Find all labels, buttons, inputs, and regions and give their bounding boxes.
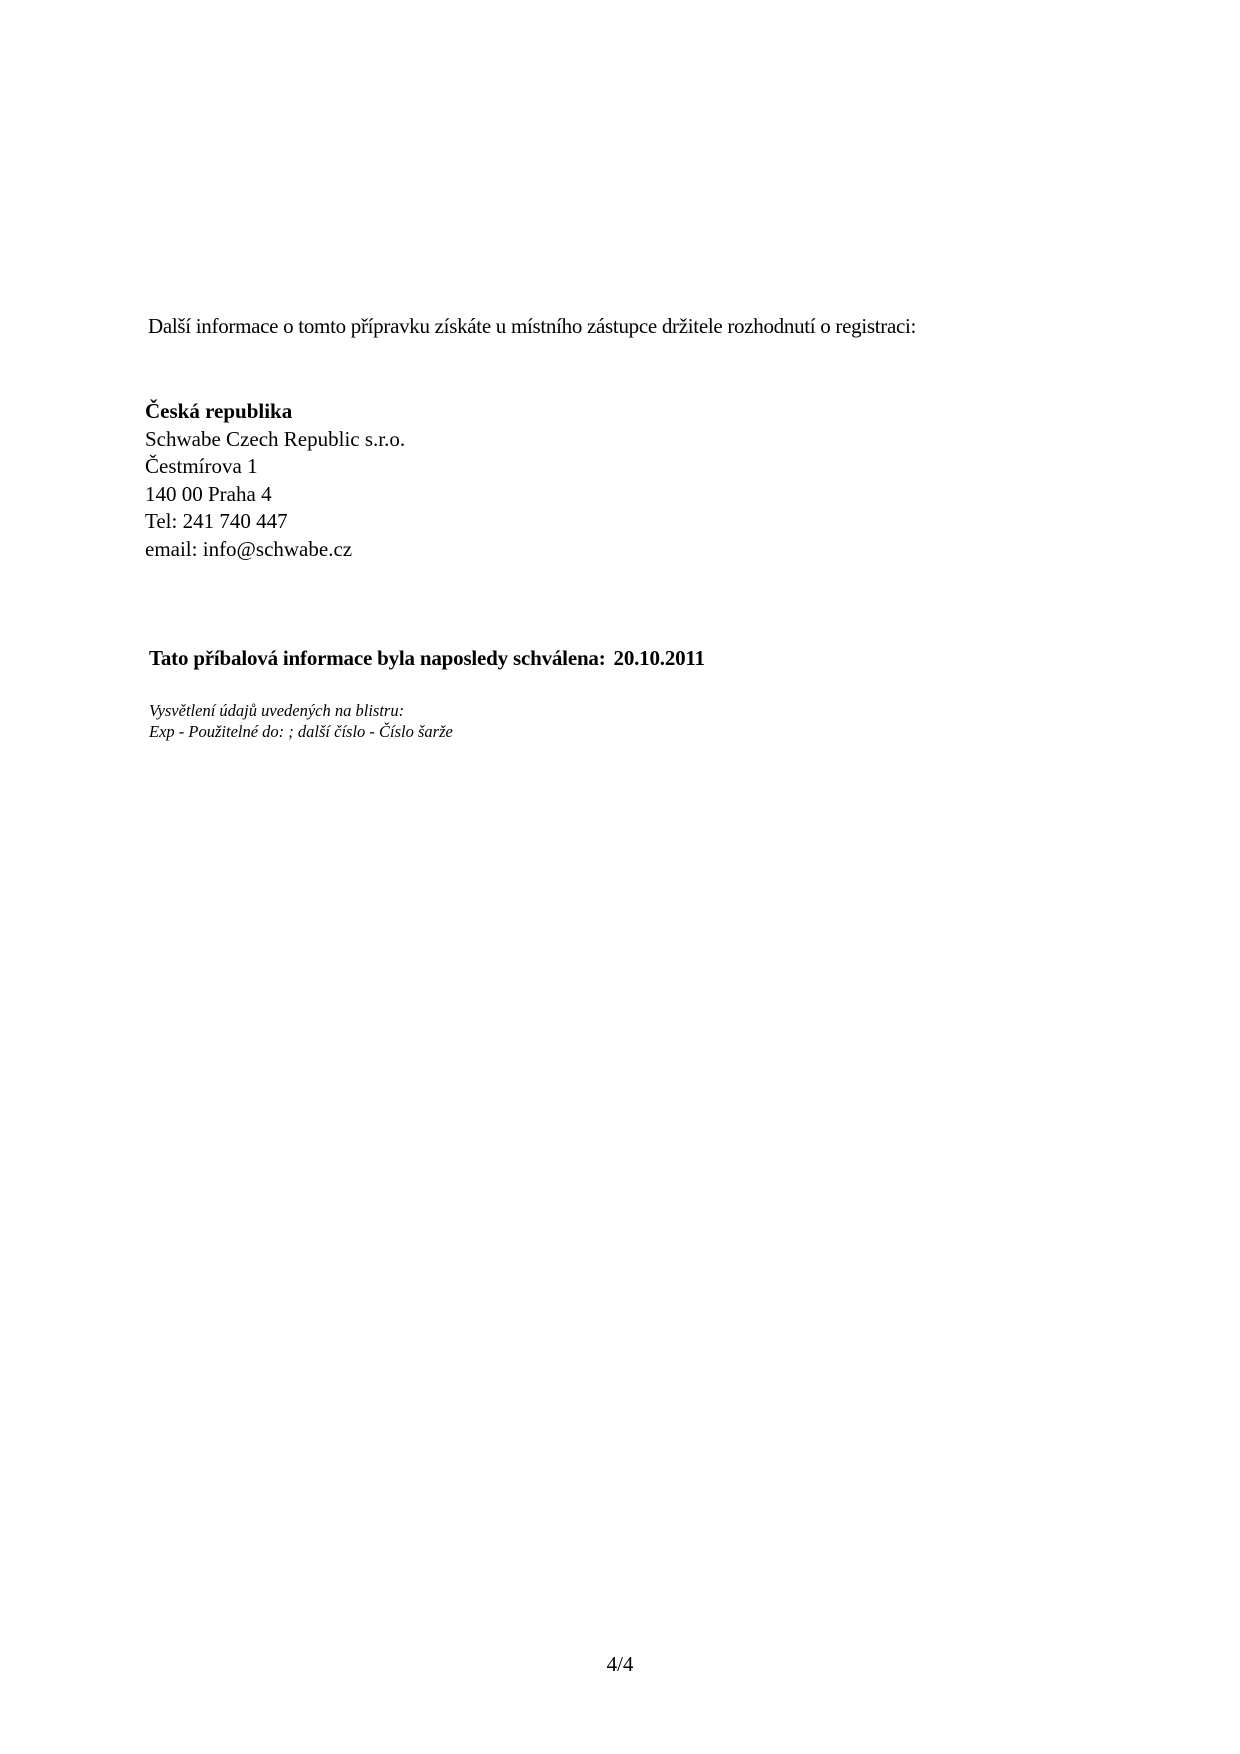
approval-statement: Tato příbalová informace byla naposledy …: [149, 646, 705, 671]
explanation-line-1: Vysvětlení údajů uvedených na blistru:: [149, 700, 453, 721]
explanation-line-2: Exp - Použitelné do: ; další číslo - Čís…: [149, 721, 453, 742]
intro-text: Další informace o tomto přípravku získát…: [148, 314, 916, 339]
contact-city: 140 00 Praha 4: [145, 481, 405, 509]
blister-explanation: Vysvětlení údajů uvedených na blistru: E…: [149, 700, 453, 742]
contact-street: Čestmírova 1: [145, 453, 405, 481]
contact-phone: Tel: 241 740 447: [145, 508, 405, 536]
contact-email: email: info@schwabe.cz: [145, 536, 405, 564]
approval-label: Tato příbalová informace byla naposledy …: [149, 646, 606, 670]
contact-block: Česká republika Schwabe Czech Republic s…: [145, 398, 405, 563]
contact-company: Schwabe Czech Republic s.r.o.: [145, 426, 405, 454]
page-number: 4/4: [0, 1652, 1240, 1677]
contact-country: Česká republika: [145, 398, 405, 426]
approval-date: 20.10.2011: [614, 646, 705, 670]
